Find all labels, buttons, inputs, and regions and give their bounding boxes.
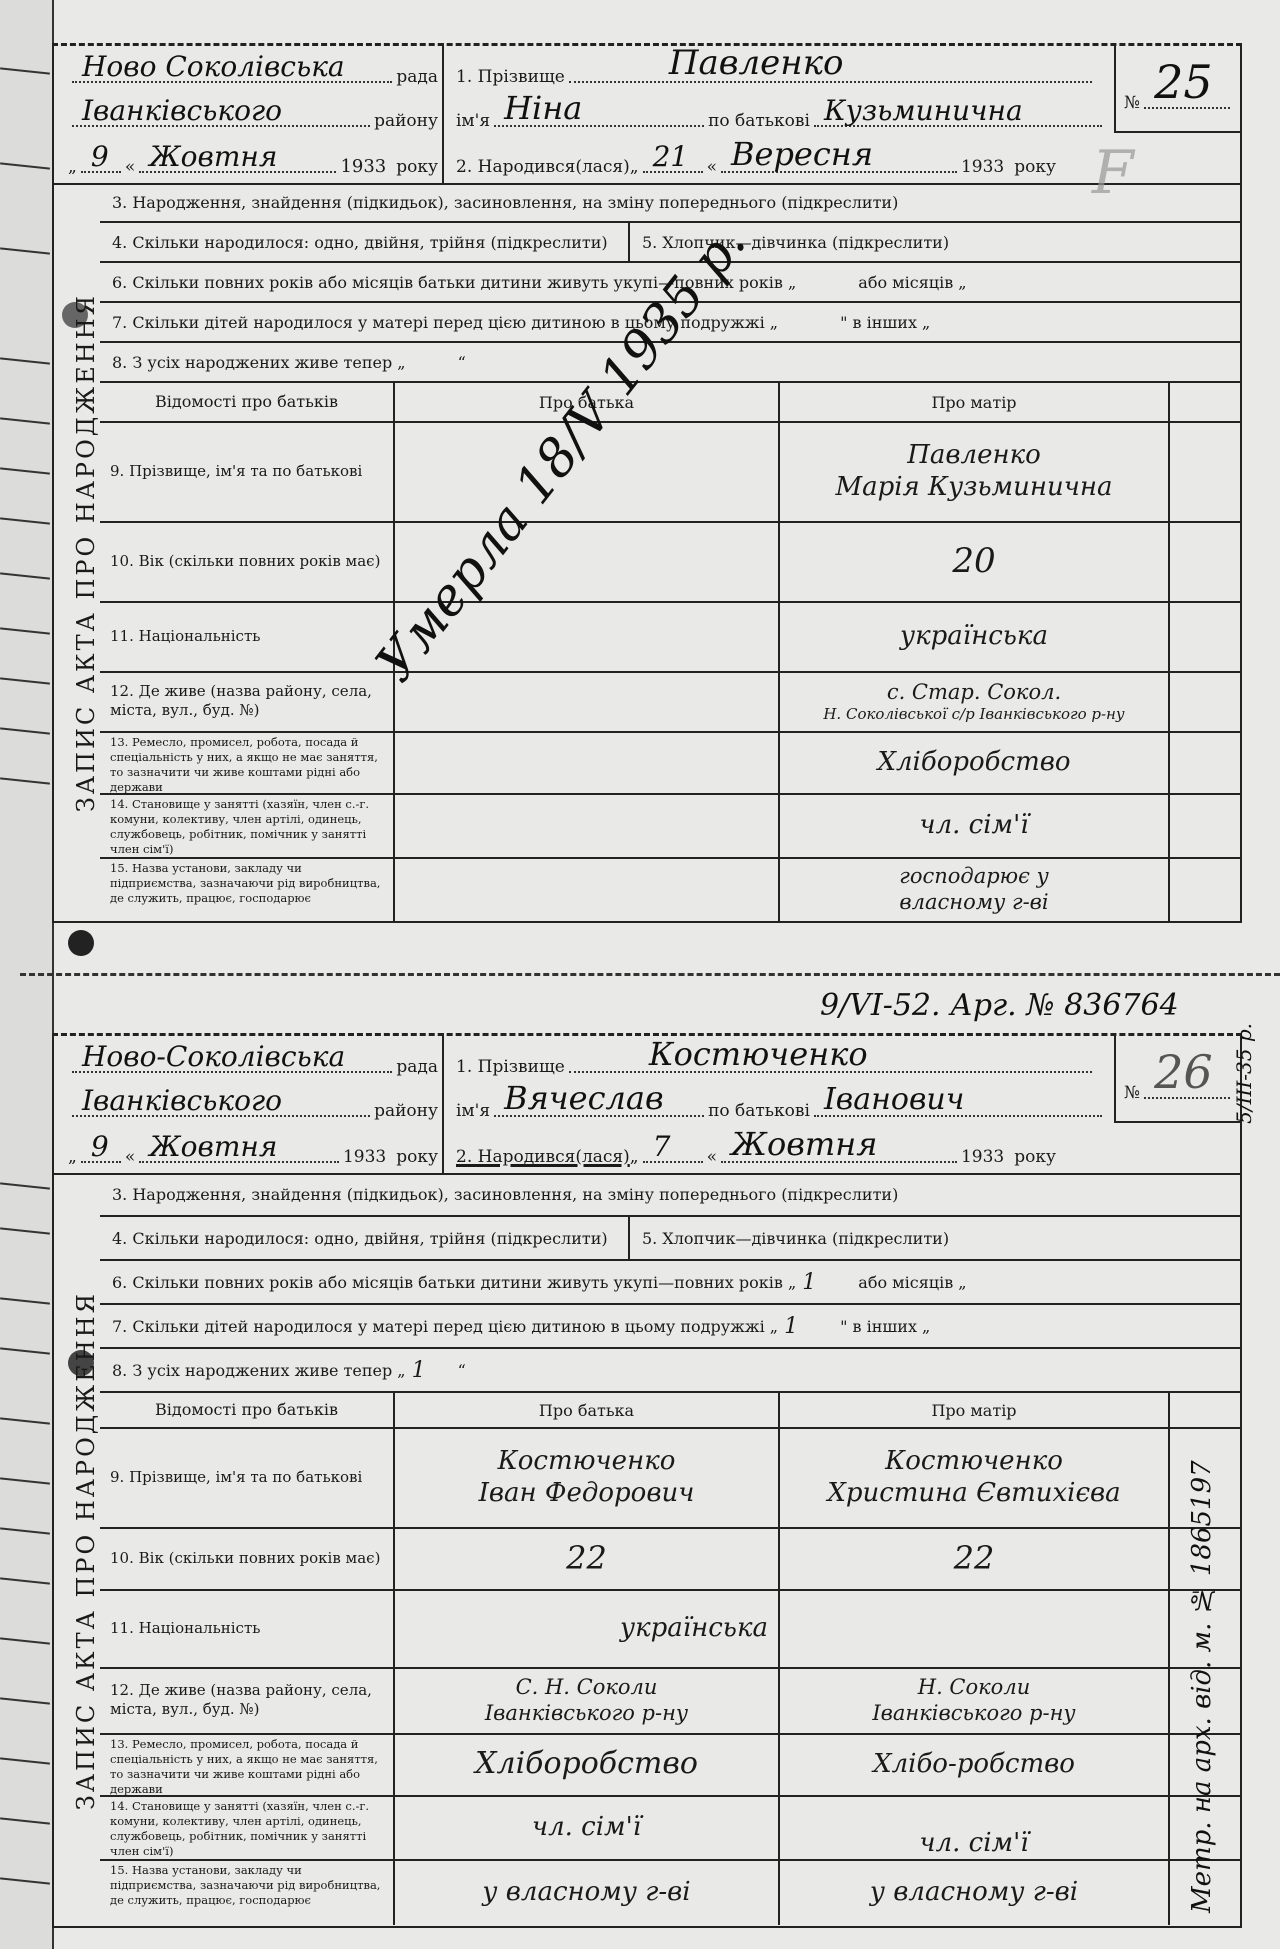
row-15: 15. Назва установи, закладу чи підприємс…	[100, 857, 1242, 921]
patronymic-value: Кузьминична	[824, 94, 1023, 127]
name-value: Вячеслав	[504, 1079, 664, 1117]
record-header: Ново Соколівська рада Іванківського райо…	[52, 43, 1242, 185]
rada-value: Ново-Соколівська	[82, 1040, 345, 1073]
row-12: 12. Де живе (назва району, села, міста, …	[100, 671, 1242, 733]
raion-value: Іванківського	[82, 1084, 282, 1117]
row-11: 11. Національність українська	[100, 601, 1242, 673]
question-7: 7. Скільки дітей народилося у матері пер…	[100, 1305, 1242, 1349]
row-13: 13. Ремесло, промисел, робота, посада й …	[100, 731, 1242, 795]
row-14: 14. Становище у занятті (хазяїн, член с.…	[100, 1795, 1242, 1861]
question-4-5: 4. Скільки народилося: одно, двійня, трі…	[100, 223, 1242, 263]
cut-line	[20, 973, 1280, 976]
record-number: 26	[1154, 1045, 1213, 1099]
archive-reference-note: 9/VI-52. Арг. № 836764	[820, 988, 1179, 1023]
surname-value: Костюченко	[649, 1035, 868, 1073]
reg-year: 1933	[340, 156, 386, 177]
margin-note-top: 5/III-35 р.	[1232, 1023, 1256, 1124]
question-6: 6. Скільки повних років або місяців бать…	[100, 1261, 1242, 1305]
row-13: 13. Ремесло, промисел, робота, посада й …	[100, 1733, 1242, 1797]
reg-day: 9	[91, 1130, 109, 1163]
punch-hole	[68, 930, 94, 956]
row-12: 12. Де живе (назва району, села, міста, …	[100, 1667, 1242, 1735]
q7-value: 1	[784, 1314, 834, 1339]
reg-year: 1933	[343, 1147, 386, 1167]
row-10: 10. Вік (скільки повних років має) 22 22	[100, 1527, 1242, 1591]
reg-day: 9	[91, 140, 109, 173]
margin-note-side: Метр. на арх. від. м. № 1865197	[1187, 1203, 1217, 1913]
row-9: 9. Прізвище, ім'я та по батькові Костюче…	[100, 1427, 1242, 1529]
row-10: 10. Вік (скільки повних років має) 20	[100, 521, 1242, 603]
row-15: 15. Назва установи, закладу чи підприємс…	[100, 1859, 1242, 1925]
question-8: 8. З усіх народжених живе тепер „1“	[100, 1349, 1242, 1393]
birth-record-26: ЗАПИС АКТА ПРО НАРОДЖЕННЯ Ново-Соколівсь…	[52, 1033, 1250, 1928]
patronymic-value: Іванович	[824, 1082, 964, 1117]
record-number-box: № 26	[1114, 1033, 1242, 1123]
birth-day: 7	[653, 1130, 671, 1163]
reg-month: Жовтня	[149, 1130, 277, 1163]
q6-years-value: 1	[802, 1270, 852, 1295]
record-number-box: № 25	[1114, 43, 1242, 133]
birth-record-25: ЗАПИС АКТА ПРО НАРОДЖЕННЯ Ново Соколівсь…	[52, 43, 1250, 923]
record-header: Ново-Соколівська рада Іванківського райо…	[52, 1033, 1242, 1175]
record-number: 25	[1154, 55, 1213, 109]
name-value: Ніна	[504, 89, 582, 127]
birth-year: 1933	[961, 1147, 1004, 1167]
row-14: 14. Становище у занятті (хазяїн, член с.…	[100, 793, 1242, 859]
raion-value: Іванківського	[82, 94, 282, 127]
question-4-5: 4. Скільки народилося: одно, двійня, трі…	[100, 1217, 1242, 1261]
surname-value: Павленко	[669, 43, 844, 83]
birth-month: Вересня	[731, 135, 873, 173]
q8-value: 1	[412, 1358, 452, 1383]
row-11: 11. Національність українська	[100, 1589, 1242, 1669]
birth-year: 1933	[961, 157, 1004, 177]
question-3: 3. Народження, знайдення (підкидьок), за…	[100, 183, 1242, 223]
question-3: 3. Народження, знайдення (підкидьок), за…	[100, 1173, 1242, 1217]
row-9: 9. Прізвище, ім'я та по батькові Павленк…	[100, 421, 1242, 523]
rada-value: Ново Соколівська	[82, 50, 345, 83]
reg-month: Жовтня	[149, 140, 277, 173]
birth-day: 21	[653, 140, 689, 173]
birth-month: Жовтня	[731, 1125, 877, 1163]
pencil-mark: F	[1092, 138, 1134, 208]
